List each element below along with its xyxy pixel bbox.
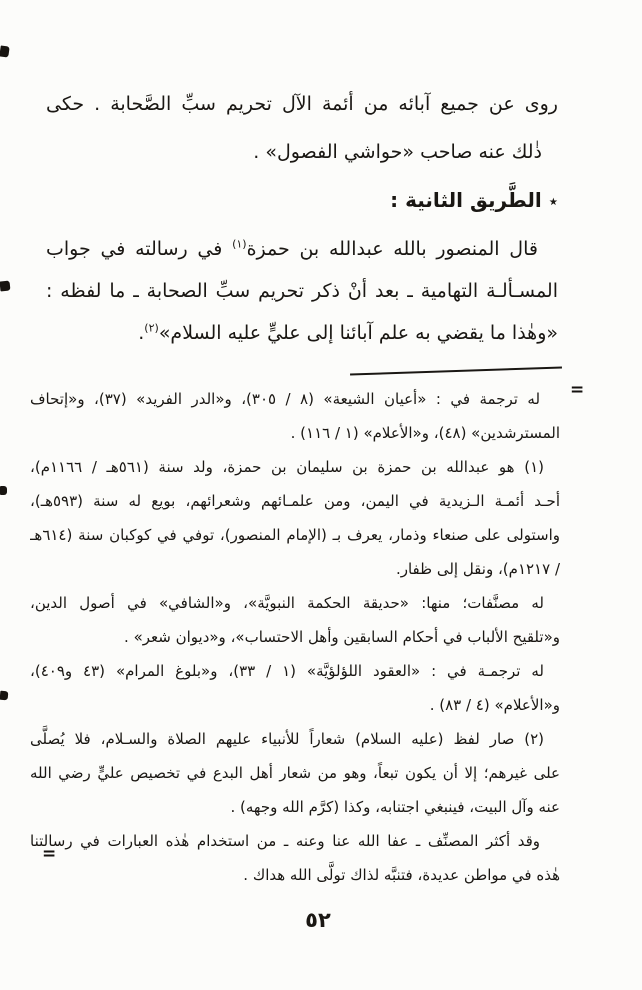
body-text: قال المنصور بالله عبدالله بن حمزة: [247, 238, 538, 260]
body-line: المسـألـة التهامية ـ بعد أنْ ذكر تحريم س…: [46, 270, 558, 312]
scan-edge-mark: [0, 486, 7, 495]
footnote-line: أحـد أئمـة الـزيدية في اليمن، ومن علمـائ…: [30, 484, 560, 518]
footnote-line: له مصنَّفات؛ منها: «حديقة الحكمة النبويَ…: [30, 586, 560, 620]
body-text: «وهٰذا ما يقضي به علم آبائنا إلى عليٍّ ع…: [159, 322, 558, 344]
scan-edge-mark: [0, 691, 8, 701]
body-line: «وهٰذا ما يقضي به علم آبائنا إلى عليٍّ ع…: [46, 312, 558, 354]
footnotes-block: له ترجمة في : «أعيان الشيعة» (٨ / ٣٠٥)، …: [30, 382, 560, 892]
footnote-line: على غيرهم؛ إلا أن يكون تبعاً، وهو من شعا…: [30, 756, 560, 790]
footnote-line: وقد أكثر المصنِّف ـ عفا الله عنا وعنه ـ …: [30, 824, 560, 858]
page-number: ٥٢: [282, 908, 354, 932]
footnote-line: (١) هو عبدالله بن حمزة بن سليمان بن حمزة…: [30, 450, 560, 484]
scan-edge-mark: [0, 45, 10, 57]
footnote-line: و«الأعلام» (٤ / ٨٣) .: [30, 688, 560, 722]
footnote-ref-2: (٢): [144, 322, 159, 335]
scan-edge-mark: [0, 281, 10, 292]
body-line: قال المنصور بالله عبدالله بن حمزة(١) في …: [46, 228, 558, 270]
body-line: روى عن جميع آبائه من أئمة الآل تحريم سبِ…: [46, 80, 558, 128]
footnote-line: له ترجمة في : «أعيان الشيعة» (٨ / ٣٠٥)، …: [30, 382, 560, 416]
footnote-line: عنه وآل البيت، فينبغي اجتنابه، وكذا (كرَ…: [30, 790, 560, 824]
footnote-ref-1: (١): [232, 238, 247, 251]
paragraph-2: قال المنصور بالله عبدالله بن حمزة(١) في …: [46, 228, 558, 354]
section-star-icon: ٭: [549, 192, 558, 212]
body-line: ذٰلك عنه صاحب «حواشي الفصول» .: [46, 128, 558, 176]
main-text-block: روى عن جميع آبائه من أئمة الآل تحريم سبِ…: [46, 0, 558, 354]
section-heading-text: الطَّريق الثانية :: [390, 188, 542, 212]
body-text: في رسالته في جواب: [46, 238, 232, 260]
section-heading: ٭ الطَّريق الثانية :: [46, 176, 558, 224]
paragraph-1: روى عن جميع آبائه من أئمة الآل تحريم سبِ…: [46, 80, 558, 176]
book-page: روى عن جميع آبائه من أئمة الآل تحريم سبِ…: [0, 0, 642, 990]
footnote-line: هٰذه في مواطن عديدة، فتنبَّه لذاك تولَّى…: [30, 858, 560, 892]
footnote-line: واستولى على صنعاء وذمار، يعرف بـ (الإمام…: [30, 518, 560, 552]
footnote-line: له ترجمـة في : «العقود اللؤلؤيَّة» (١ / …: [30, 654, 560, 688]
footnote-line: المسترشدين» (٤٨)، و«الأعلام» (١ / ١١٦) .: [30, 416, 560, 450]
footnote-line: / ١٢١٧م)، ونقل إلى ظفار.: [30, 552, 560, 586]
footnote-line: (٢) صار لفظ (عليه السلام) شعاراً للأنبيا…: [30, 722, 560, 756]
continuation-marker-right: =: [570, 380, 584, 400]
footnote-separator-line: [350, 366, 562, 375]
footnote-line: و«تلقيح الألباب في أحكام السابقين وأهل ا…: [30, 620, 560, 654]
